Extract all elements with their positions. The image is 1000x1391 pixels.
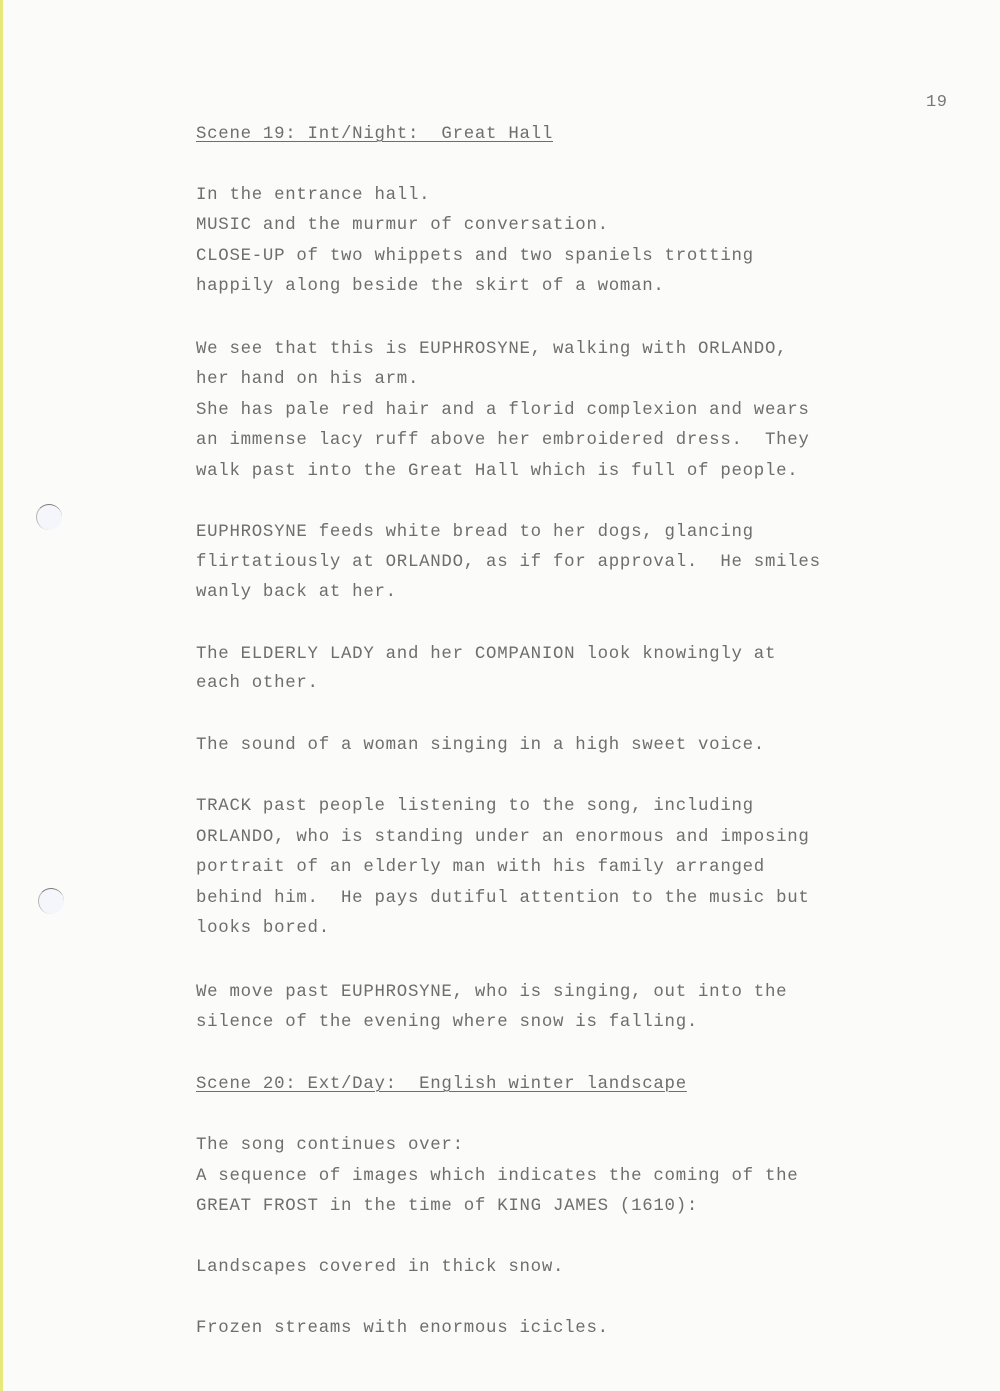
punch-hole-top [36, 504, 62, 530]
action-line: portrait of an elderly man with his fami… [196, 857, 765, 879]
action-line: A sequence of images which indicates the… [196, 1166, 798, 1188]
action-line: Landscapes covered in thick snow. [196, 1257, 564, 1279]
action-line: TRACK past people listening to the song,… [196, 796, 754, 818]
action-line: We move past EUPHROSYNE, who is singing,… [196, 982, 787, 1004]
action-line: wanly back at her. [196, 582, 397, 604]
punch-hole-bottom [38, 888, 64, 914]
scene-heading: Scene 19: Int/Night: Great Hall [196, 124, 553, 146]
action-line: The song continues over: [196, 1135, 464, 1157]
action-line: walk past into the Great Hall which is f… [196, 461, 798, 483]
action-line: In the entrance hall. [196, 185, 430, 207]
action-line: Frozen streams with enormous icicles. [196, 1318, 609, 1340]
action-line: silence of the evening where snow is fal… [196, 1012, 698, 1034]
scene-heading: Scene 20: Ext/Day: English winter landsc… [196, 1074, 687, 1096]
action-line: her hand on his arm. [196, 369, 419, 391]
action-line: She has pale red hair and a florid compl… [196, 400, 810, 422]
action-line: We see that this is EUPHROSYNE, walking … [196, 339, 787, 361]
action-line: flirtatiously at ORLANDO, as if for appr… [196, 552, 821, 574]
action-line: MUSIC and the murmur of conversation. [196, 215, 609, 237]
page-number: 19 [926, 93, 947, 112]
action-line: ORLANDO, who is standing under an enormo… [196, 827, 810, 849]
action-line: GREAT FROST in the time of KING JAMES (1… [196, 1196, 698, 1218]
action-line: looks bored. [196, 918, 330, 940]
action-line: The ELDERLY LADY and her COMPANION look … [196, 644, 776, 666]
action-line: an immense lacy ruff above her embroider… [196, 430, 810, 452]
action-line: CLOSE-UP of two whippets and two spaniel… [196, 246, 754, 268]
action-line: The sound of a woman singing in a high s… [196, 735, 765, 757]
action-line: happily along beside the skirt of a woma… [196, 276, 665, 298]
action-line: EUPHROSYNE feeds white bread to her dogs… [196, 522, 754, 544]
action-line: behind him. He pays dutiful attention to… [196, 888, 810, 910]
page-edge-highlight [0, 0, 3, 1391]
action-line: each other. [196, 673, 319, 695]
